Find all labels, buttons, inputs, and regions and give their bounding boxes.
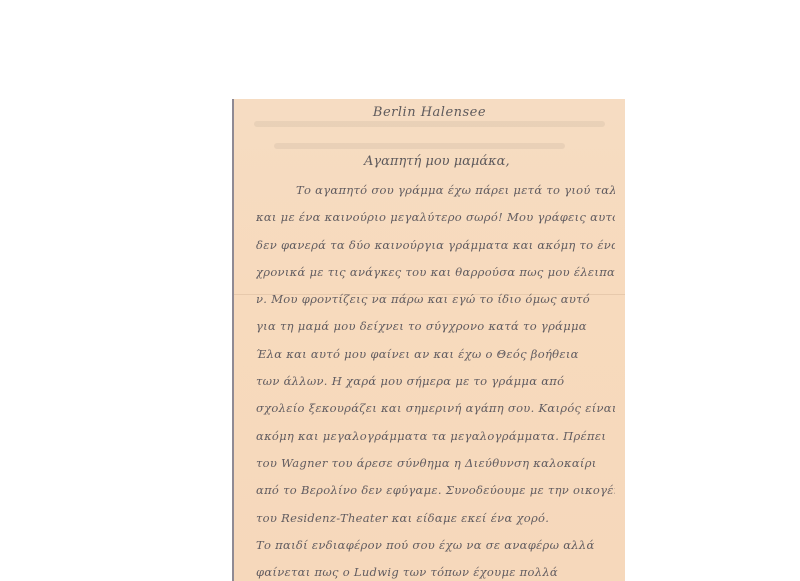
letter-line: φαίνεται πως ο Ludwig των τόπων έχουμε π… <box>256 559 615 581</box>
letter-body: Το αγαπητό σου γράμμα έχω πάρει μετά το … <box>256 177 615 581</box>
letter-line: ακόμη και μεγαλογράμματα τα μεγαλογράμμα… <box>256 423 615 450</box>
letter-heading: Berlin Halensee <box>234 105 625 120</box>
letter-line: του Residenz-Theater και είδαμε εκεί ένα… <box>256 505 615 532</box>
letter-line: Το αγαπητό σου γράμμα έχω πάρει μετά το … <box>256 177 615 204</box>
letter-line: των άλλων. Η χαρά μου σήμερα με το γράμμ… <box>256 368 615 395</box>
letter-line: δεν φανερά τα δύο καινούργια γράμματα κα… <box>256 232 615 259</box>
letter-line: του Wagner του άρεσε σύνθημα η Διεύθυνση… <box>256 450 615 477</box>
letter-salutation: Αγαπητή μου μαμάκα, <box>364 154 510 169</box>
letter-line: από το Βερολίνο δεν εφύγαμε. Συνοδεύουμε… <box>256 477 615 504</box>
show-through-print <box>274 143 565 149</box>
letter-line: σχολείο ξεκουράζει και σημερινή αγάπη σο… <box>256 395 615 422</box>
letter-line: και με ένα καινούριο μεγαλύτερο σωρό! Μο… <box>256 204 615 231</box>
show-through-print <box>254 121 605 127</box>
letter-line: ν. Μου φροντίζεις να πάρω και εγώ το ίδι… <box>256 286 615 313</box>
letter-line: χρονικά με τις ανάγκες του και θαρρούσα … <box>256 259 615 286</box>
letter-page: Berlin Halensee Αγαπητή μου μαμάκα, Το α… <box>232 99 625 581</box>
letter-line: Το παιδί ενδιαφέρον πού σου έχω να σε αν… <box>256 532 615 559</box>
scanned-document: Berlin Halensee Αγαπητή μου μαμάκα, Το α… <box>0 0 800 581</box>
letter-line: Έλα και αυτό μου φαίνει αν και έχω ο Θεό… <box>256 341 615 368</box>
letter-line: για τη μαμά μου δείχνει το σύγχρονο κατά… <box>256 313 615 340</box>
